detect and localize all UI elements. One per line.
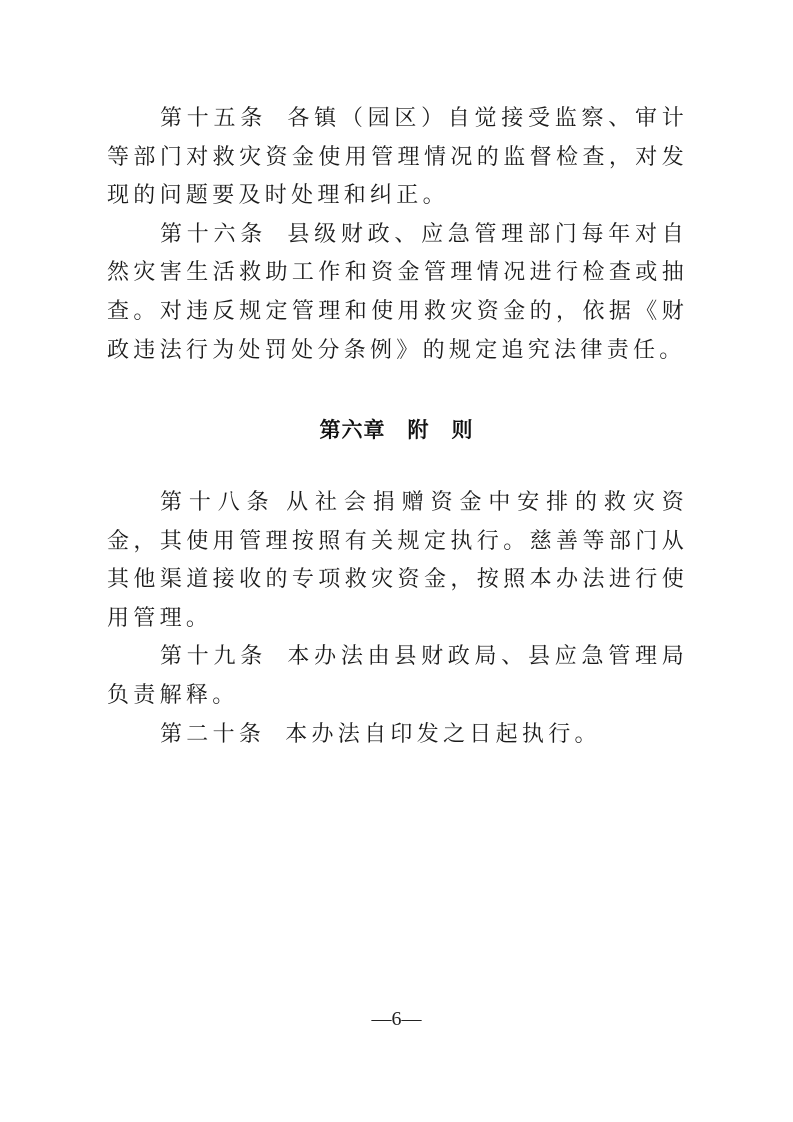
chapter-title-part-2: 则: [452, 418, 474, 442]
article-text: 本办法自印发之日起执行。: [285, 722, 601, 747]
chapter-number: 第六章: [320, 418, 386, 442]
chapter-heading: 第六章附则: [0, 414, 793, 444]
chapter-five-tail-articles: 第十五条各镇（园区）自觉接受监察、审计等部门对救灾资金使用管理情况的监督检查，对…: [107, 100, 688, 370]
article-15: 第十五条各镇（园区）自觉接受监察、审计等部门对救灾资金使用管理情况的监督检查，对…: [107, 100, 688, 216]
article-19: 第十九条本办法由县财政局、县应急管理局负责解释。: [107, 638, 688, 715]
page-number: —6—: [0, 1008, 793, 1031]
article-label: 第二十条: [160, 722, 265, 747]
article-16: 第十六条县级财政、应急管理部门每年对自然灾害生活救助工作和资金管理情况进行检查或…: [107, 216, 688, 370]
article-label: 第十八条: [160, 490, 276, 515]
article-label: 第十九条: [160, 644, 267, 669]
article-label: 第十六条: [160, 222, 267, 247]
chapter-title-part-1: 附: [408, 418, 430, 442]
article-20: 第二十条本办法自印发之日起执行。: [107, 716, 688, 755]
document-page: 第十五条各镇（园区）自觉接受监察、审计等部门对救灾资金使用管理情况的监督检查，对…: [0, 0, 793, 1122]
chapter-six-articles: 第十八条从社会捐赠资金中安排的救灾资金，其使用管理按照有关规定执行。慈善等部门从…: [107, 484, 688, 754]
article-label: 第十五条: [160, 106, 267, 131]
article-18: 第十八条从社会捐赠资金中安排的救灾资金，其使用管理按照有关规定执行。慈善等部门从…: [107, 484, 688, 638]
